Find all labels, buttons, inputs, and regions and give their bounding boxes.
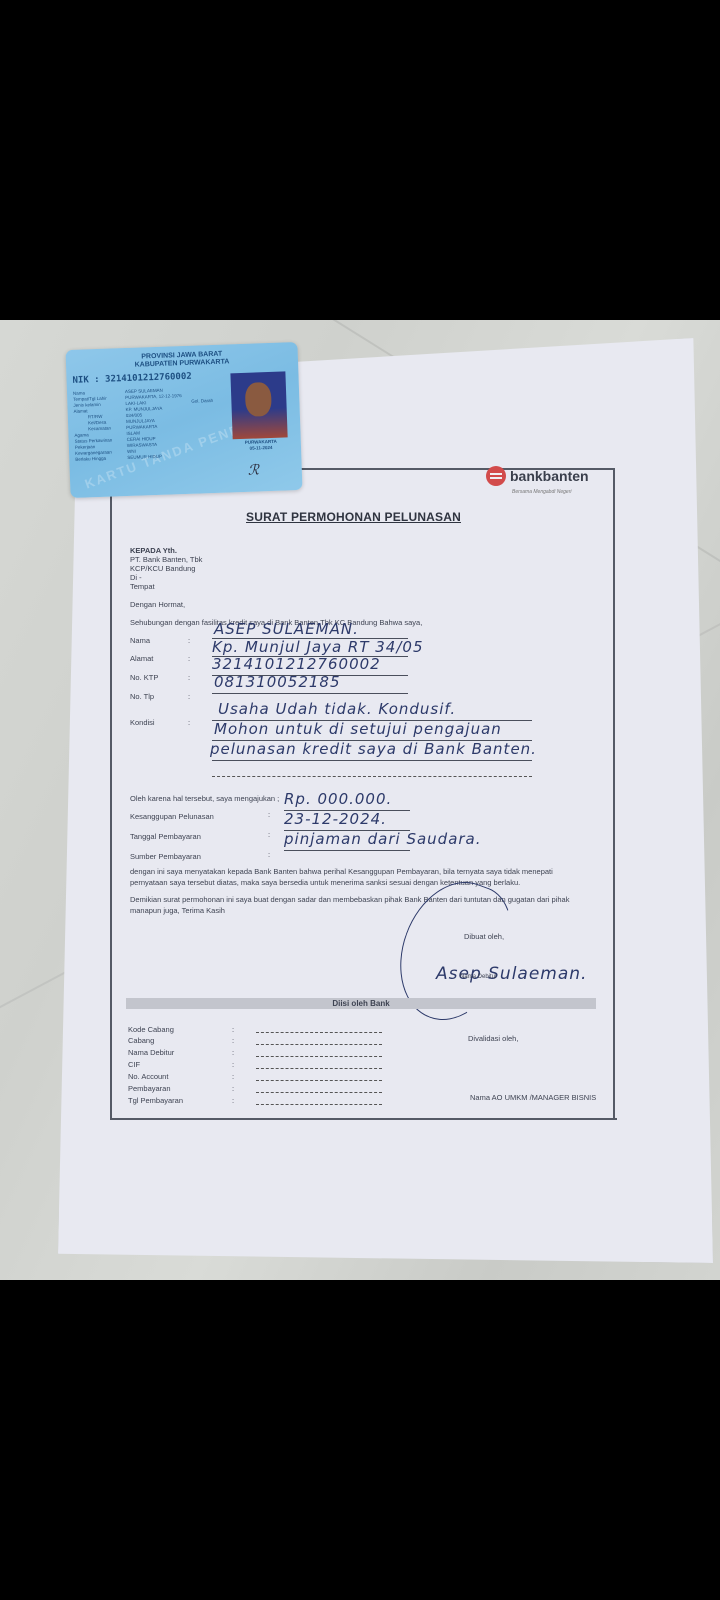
colon: :	[188, 673, 190, 682]
letter-frame-right	[613, 468, 615, 1118]
closing-text: Demikian surat permohonan ini saya buat …	[130, 894, 590, 916]
bank-field-line	[256, 1032, 382, 1033]
recipient-line: KEPADA Yth.	[130, 546, 177, 555]
field-line	[284, 850, 410, 851]
bank-field-label: Pembayaran	[128, 1084, 171, 1093]
field-value-alamat: Kp. Munjul Jaya RT 34/05	[212, 638, 424, 656]
colon: :	[232, 1096, 234, 1105]
id-photo-face	[245, 382, 272, 417]
nik-value: 3214101212760002	[105, 372, 192, 385]
id-field-value: SEUMUR HIDUP	[127, 453, 184, 461]
bank-field-line	[256, 1044, 382, 1045]
officer-label: Nama AO UMKM /MANAGER BISNIS	[470, 1093, 596, 1102]
request-intro: Oleh karena hal tersebut, saya mengajuka…	[130, 794, 279, 803]
bank-field-label: CIF	[128, 1060, 140, 1069]
field-value-kesanggupan: Rp. 000.000.	[284, 790, 392, 808]
document-photo: bankbanten Bersama Mengabdi Negeri SURAT…	[0, 320, 720, 1280]
id-blood-type: Gol. Darah	[191, 398, 213, 405]
field-label-tanggal: Tanggal Pembayaran	[130, 832, 201, 841]
field-value-sumber: pinjaman dari Saudara.	[284, 830, 482, 848]
bank-field-label: Nama Debitur	[128, 1048, 174, 1057]
bank-field-line	[256, 1092, 382, 1093]
bank-field-line	[256, 1068, 382, 1069]
colon: :	[232, 1072, 234, 1081]
statement-text: dengan ini saya menyatakan kepada Bank B…	[130, 866, 590, 888]
kondisi-line: Usaha Udah tidak. Kondusif.	[218, 700, 456, 718]
colon: :	[188, 692, 190, 701]
field-value-tanggal: 23-12-2024.	[284, 810, 387, 828]
field-label-sumber: Sumber Pembayaran	[130, 852, 201, 861]
field-value-ktp: 3214101212760002	[212, 655, 381, 673]
field-label-alamat: Alamat	[130, 654, 153, 663]
field-value-nama: ASEP SULAEMAN.	[214, 620, 359, 638]
bank-logo-icon	[486, 466, 506, 486]
id-issue-info: PURWAKARTA 05-11-2024	[229, 438, 293, 452]
bank-field-label: No. Account	[128, 1072, 168, 1081]
colon: :	[188, 718, 190, 727]
id-photo	[230, 371, 287, 439]
colon: :	[268, 810, 270, 819]
colon: :	[232, 1060, 234, 1069]
letter-title: SURAT PERMOHONAN PELUNASAN	[246, 510, 461, 524]
field-label-tlp: No. Tlp	[130, 692, 154, 701]
colon: :	[188, 654, 190, 663]
id-card-nik: NIK : 3214101212760002	[72, 372, 192, 386]
recipient-line: PT. Bank Banten, Tbk	[130, 555, 202, 564]
bank-name: bankbanten	[510, 468, 589, 484]
colon: :	[232, 1036, 234, 1045]
recipient-line: Di -	[130, 573, 142, 582]
colon: :	[268, 830, 270, 839]
bank-field-line	[256, 1104, 382, 1105]
debtor-name-label: Nama Debitur	[460, 974, 497, 980]
id-card: KARTU TANDA PENDUDUK PROVINSI JAWA BARAT…	[65, 342, 302, 498]
colon: :	[268, 850, 270, 859]
bank-logo: bankbanten	[486, 466, 589, 486]
field-value-tlp: 081310052185	[214, 673, 341, 691]
validated-by-label: Divalidasi oleh,	[468, 1034, 518, 1043]
bank-field-line	[256, 1080, 382, 1081]
colon: :	[232, 1048, 234, 1057]
field-line	[212, 776, 532, 777]
kondisi-line: pelunasan kredit saya di Bank Banten.	[210, 740, 537, 758]
colon: :	[232, 1025, 234, 1034]
bank-field-label: Tgl Pembayaran	[128, 1096, 183, 1105]
id-signature: ℛ	[247, 461, 259, 478]
colon: :	[232, 1084, 234, 1093]
field-label-nama: Nama	[130, 636, 150, 645]
id-issue-date: 05-11-2024	[229, 444, 293, 452]
field-label-ktp: No. KTP	[130, 673, 158, 682]
field-label-kesanggupan: Kesanggupan Pelunasan	[130, 812, 214, 821]
bank-field-label: Cabang	[128, 1036, 154, 1045]
bank-field-label: Kode Cabang	[128, 1025, 174, 1034]
colon: :	[188, 636, 190, 645]
field-label-kondisi: Kondisi	[130, 718, 155, 727]
id-field-label: Berlaku Hingga	[75, 456, 113, 463]
bank-field-line	[256, 1056, 382, 1057]
debtor-signature: Asep Sulaeman.	[436, 964, 587, 984]
field-line	[212, 760, 532, 761]
bank-tagline: Bersama Mengabdi Negeri	[512, 489, 571, 495]
greeting: Dengan Hormat,	[130, 600, 185, 609]
kondisi-line: Mohon untuk di setujui pengajuan	[214, 720, 502, 738]
recipient-line: Tempat	[130, 582, 155, 591]
bank-section-header: Diisi oleh Bank	[126, 998, 596, 1009]
recipient-line: KCP/KCU Bandung	[130, 564, 195, 573]
nik-label: NIK	[72, 375, 89, 386]
bank-section-title: Diisi oleh Bank	[126, 999, 596, 1008]
field-line	[212, 693, 408, 694]
